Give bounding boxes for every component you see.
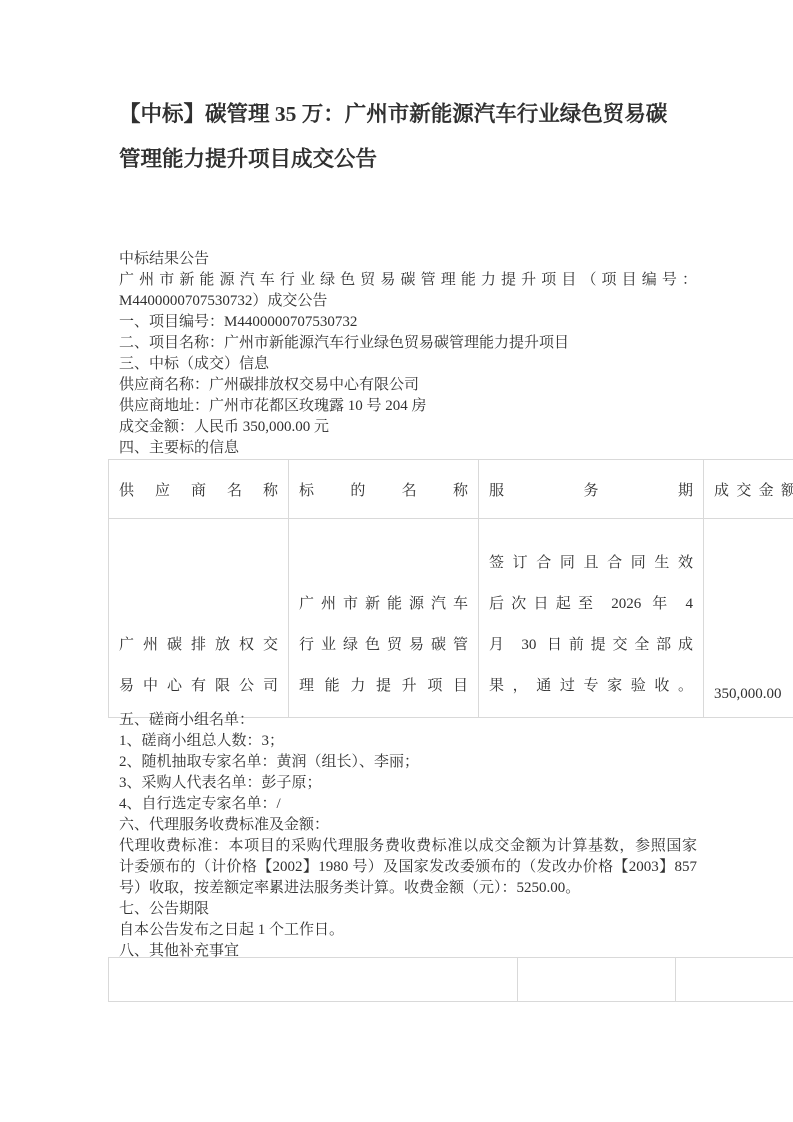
empty-cell	[676, 958, 793, 1002]
body-line-fee-standard: 代理收费标准：本项目的采购代理服务费收费标准以成交金额为计算基数，参照国家	[119, 836, 697, 857]
cell-line: 易中心有限公司	[119, 666, 278, 707]
service-period-cell: 签订合同且合同生效 后次日起至 2026 年 4 月 30 日前提交全部成 果，…	[479, 519, 704, 718]
cell-line: 行业绿色贸易碳管	[299, 625, 468, 666]
body-line-project-number: 一、项目编号：M4400000707530732	[119, 312, 697, 333]
body-line-section-heading: 六、代理服务收费标准及金额：	[119, 815, 697, 836]
body-line-section-heading: 五、磋商小组名单：	[119, 710, 697, 731]
cell-line: 理能力提升项目	[299, 666, 468, 707]
body-line: 中标结果公告	[119, 249, 697, 270]
page-title: 【中标】碳管理 35 万：广州市新能源汽车行业绿色贸易碳 管理能力提升项目成交公…	[119, 92, 701, 182]
award-table-row: 广州碳排放权交 易中心有限公司 广州市新能源汽车 行业绿色贸易碳管 理能力提升项…	[109, 519, 793, 718]
body-line: 广州市新能源汽车行业绿色贸易碳管理能力提升项目（项目编号：	[119, 270, 697, 291]
supplier-cell: 广州碳排放权交 易中心有限公司	[109, 519, 289, 718]
award-info-table: 供应商名称 标的名称 服务期 成交金额（元） 广州碳排放权交 易中心有限公司 广…	[108, 459, 793, 718]
body-line-award-amount: 成交金额：人民币 350,000.00 元	[119, 417, 697, 438]
supplementary-table	[108, 957, 793, 1002]
amount-cell: 350,000.00	[704, 519, 793, 718]
title-line: 管理能力提升项目成交公告	[119, 137, 701, 182]
empty-cell	[518, 958, 676, 1002]
cell-line: 广州碳排放权交	[119, 625, 278, 666]
body-line-purchaser-rep: 3、采购人代表名单：彭子原；	[119, 773, 697, 794]
body-line-project-name: 二、项目名称：广州市新能源汽车行业绿色贸易碳管理能力提升项目	[119, 333, 697, 354]
body-line-fee-standard: 计委颁布的（计价格【2002】1980 号）及国家发改委颁布的（发改办价格【20…	[119, 857, 697, 878]
body-line-experts: 2、随机抽取专家名单：黄润（组长）、李丽；	[119, 752, 697, 773]
detail-paragraphs: 五、磋商小组名单： 1、磋商小组总人数：3； 2、随机抽取专家名单：黄润（组长）…	[119, 710, 697, 962]
body-line-section-heading: 三、中标（成交）信息	[119, 354, 697, 375]
intro-paragraphs: 中标结果公告 广州市新能源汽车行业绿色贸易碳管理能力提升项目（项目编号： M44…	[119, 249, 697, 459]
supplementary-table-row	[109, 958, 793, 1002]
subject-cell: 广州市新能源汽车 行业绿色贸易碳管 理能力提升项目	[289, 519, 479, 718]
header-cell-service-period: 服务期	[479, 460, 704, 519]
header-cell-subject: 标的名称	[289, 460, 479, 519]
empty-cell	[109, 958, 518, 1002]
header-cell-amount: 成交金额（元）	[704, 460, 793, 519]
document-page: 【中标】碳管理 35 万：广州市新能源汽车行业绿色贸易碳 管理能力提升项目成交公…	[0, 0, 793, 1122]
body-line-panel-size: 1、磋商小组总人数：3；	[119, 731, 697, 752]
header-cell-supplier: 供应商名称	[109, 460, 289, 519]
body-line-self-selected: 4、自行选定专家名单：/	[119, 794, 697, 815]
cell-line: 后次日起至 2026 年 4	[489, 584, 693, 625]
body-line-announcement-period: 自本公告发布之日起 1 个工作日。	[119, 920, 697, 941]
cell-line: 广州市新能源汽车	[299, 584, 468, 625]
body-line-section-heading: 七、公告期限	[119, 899, 697, 920]
cell-line: 月 30 日前提交全部成	[489, 625, 693, 666]
cell-line: 签订合同且合同生效	[489, 543, 693, 584]
body-line-fee-standard: 号）收取，按差额定率累进法服务类计算。收费金额（元）：5250.00。	[119, 878, 697, 899]
award-table-header-row: 供应商名称 标的名称 服务期 成交金额（元）	[109, 460, 793, 519]
body-line-supplier-address: 供应商地址：广州市花都区玫瑰露 10 号 204 房	[119, 396, 697, 417]
body-line: M4400000707530732）成交公告	[119, 291, 697, 312]
title-line: 【中标】碳管理 35 万：广州市新能源汽车行业绿色贸易碳	[119, 92, 701, 137]
cell-line: 果，通过专家验收。	[489, 666, 693, 707]
body-line-supplier-name: 供应商名称：广州碳排放权交易中心有限公司	[119, 375, 697, 396]
body-line-section-heading: 四、主要标的信息	[119, 438, 697, 459]
